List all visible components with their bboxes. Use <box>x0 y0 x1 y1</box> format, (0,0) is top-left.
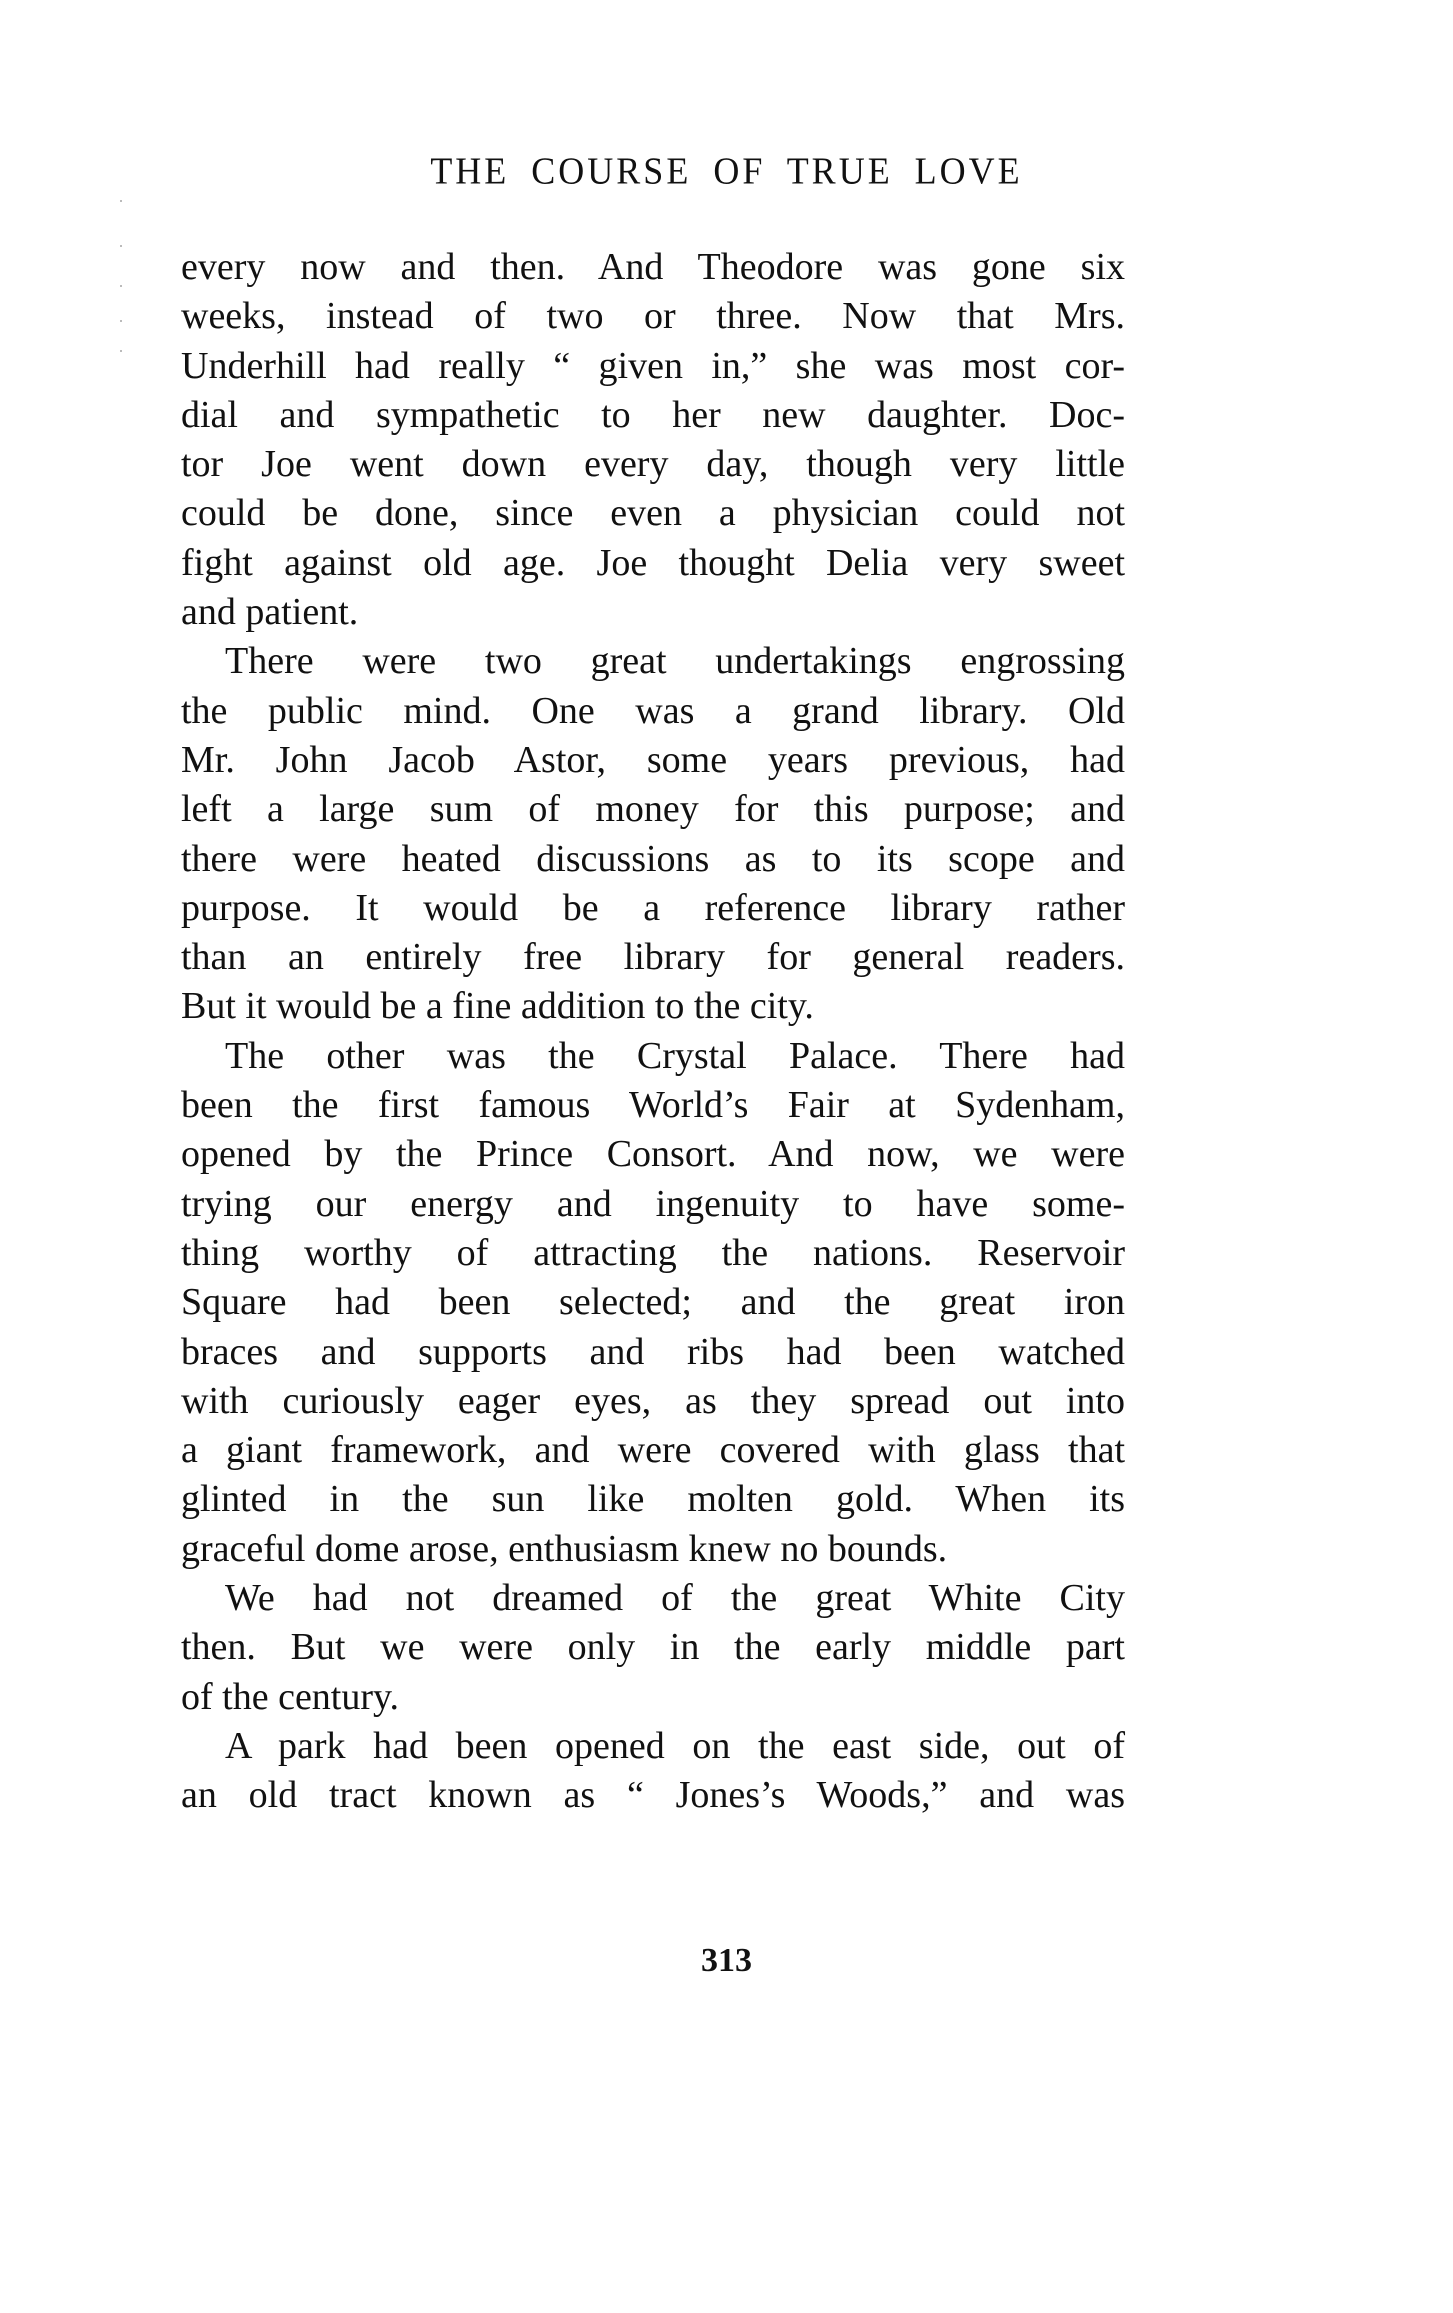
speck <box>120 245 122 247</box>
speck <box>120 200 122 202</box>
text-line: purpose. It would be a reference library… <box>181 884 1125 933</box>
paragraph-5: A park had been opened on the east side,… <box>181 1722 1125 1821</box>
text-line: and patient. <box>181 588 1125 637</box>
text-line: The other was the Crystal Palace. There … <box>181 1032 1125 1081</box>
text-line: There were two great undertakings engros… <box>181 637 1125 686</box>
text-line: braces and supports and ribs had been wa… <box>181 1328 1125 1377</box>
speck <box>120 350 122 352</box>
text-line: tor Joe went down every day, though very… <box>181 440 1125 489</box>
text-line: We had not dreamed of the great White Ci… <box>181 1574 1125 1623</box>
book-page: THE COURSE OF TRUE LOVE every now and th… <box>0 0 1453 2313</box>
text-line: Underhill had really “ given in,” she wa… <box>181 342 1125 391</box>
text-line: a giant framework, and were covered with… <box>181 1426 1125 1475</box>
speck <box>120 285 122 287</box>
paragraph-1: every now and then. And Theodore was gon… <box>181 243 1125 637</box>
paragraph-3: The other was the Crystal Palace. There … <box>181 1032 1125 1574</box>
text-line: glinted in the sun like molten gold. Whe… <box>181 1475 1125 1524</box>
text-line: then. But we were only in the early midd… <box>181 1623 1125 1672</box>
text-line: Square had been selected; and the great … <box>181 1278 1125 1327</box>
text-line: A park had been opened on the east side,… <box>181 1722 1125 1771</box>
text-line: dial and sympathetic to her new daughter… <box>181 391 1125 440</box>
text-line: every now and then. And Theodore was gon… <box>181 243 1125 292</box>
text-line: thing worthy of attracting the nations. … <box>181 1229 1125 1278</box>
text-line: than an entirely free library for genera… <box>181 933 1125 982</box>
text-line: could be done, since even a physician co… <box>181 489 1125 538</box>
paragraph-2: There were two great undertakings engros… <box>181 637 1125 1031</box>
text-line: with curiously eager eyes, as they sprea… <box>181 1377 1125 1426</box>
text-line: the public mind. One was a grand library… <box>181 687 1125 736</box>
text-line: left a large sum of money for this purpo… <box>181 785 1125 834</box>
text-line: been the first famous World’s Fair at Sy… <box>181 1081 1125 1130</box>
text-line: trying our energy and ingenuity to have … <box>181 1180 1125 1229</box>
page-number: 313 <box>0 1942 1453 1980</box>
text-line: weeks, instead of two or three. Now that… <box>181 292 1125 341</box>
text-line: Mr. John Jacob Astor, some years previou… <box>181 736 1125 785</box>
text-line: graceful dome arose, enthusiasm knew no … <box>181 1525 1125 1574</box>
text-line: opened by the Prince Consort. And now, w… <box>181 1130 1125 1179</box>
speck <box>120 320 122 322</box>
text-line: of the century. <box>181 1673 1125 1722</box>
body-text: every now and then. And Theodore was gon… <box>181 243 1125 1821</box>
running-head: THE COURSE OF TRUE LOVE <box>0 149 1453 193</box>
text-line: But it would be a fine addition to the c… <box>181 982 1125 1031</box>
text-line: fight against old age. Joe thought Delia… <box>181 539 1125 588</box>
text-line: an old tract known as “ Jones’s Woods,” … <box>181 1771 1125 1820</box>
margin-specks <box>120 190 124 370</box>
text-line: there were heated discussions as to its … <box>181 835 1125 884</box>
paragraph-4: We had not dreamed of the great White Ci… <box>181 1574 1125 1722</box>
